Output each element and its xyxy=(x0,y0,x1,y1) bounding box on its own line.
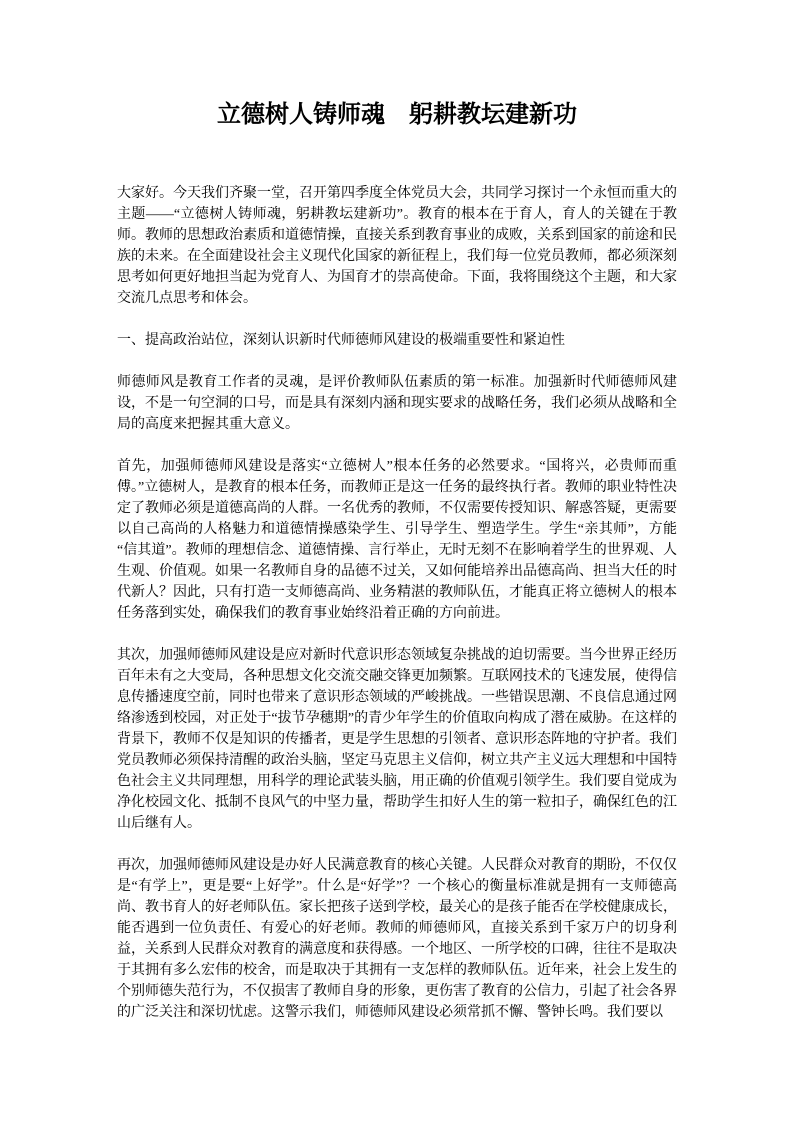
section-heading-1: 一、提高政治站位，深刻认识新时代师德师风建设的极端重要性和紧迫性 xyxy=(117,330,677,351)
paragraph-second-point: 其次，加强师德师风建设是应对新时代意识形态领域复杂挑战的迫切需要。当今世界正经历… xyxy=(117,645,677,834)
document-title: 立德树人铸师魂 躬耕教坛建新功 xyxy=(117,100,677,131)
document-page: 立德树人铸师魂 躬耕教坛建新功 大家好。今天我们齐聚一堂，召开第四季度全体党员大… xyxy=(0,0,793,1122)
document-body: 大家好。今天我们齐聚一堂，召开第四季度全体党员大会，共同学习探讨一个永恒而重大的… xyxy=(117,183,677,1023)
paragraph-third-point: 再次，加强师德师风建设是办好人民满意教育的核心关键。人民群众对教育的期盼，不仅仅… xyxy=(117,855,677,1023)
paragraph-first-point: 首先，加强师德师风建设是落实“立德树人”根本任务的必然要求。“国将兴，必贵师而重… xyxy=(117,456,677,624)
paragraph-shide-standard: 师德师风是教育工作者的灵魂，是评价教师队伍素质的第一标准。加强新时代师德师风建设… xyxy=(117,372,677,435)
paragraph-intro: 大家好。今天我们齐聚一堂，召开第四季度全体党员大会，共同学习探讨一个永恒而重大的… xyxy=(117,183,677,309)
